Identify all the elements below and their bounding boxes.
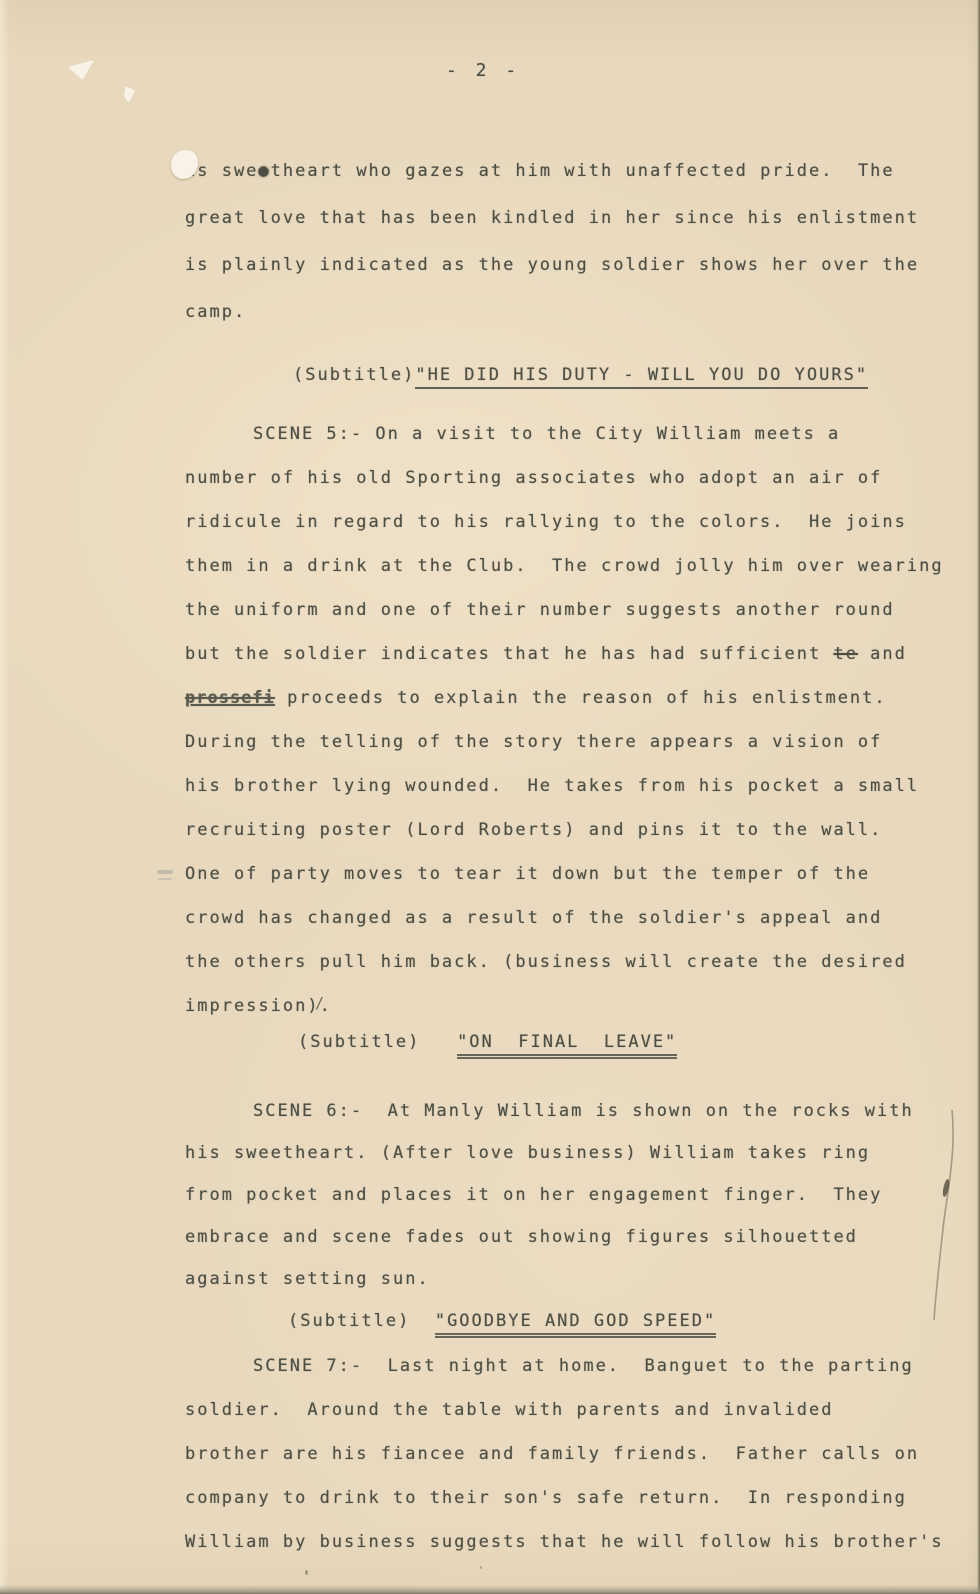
text-segment-xu: prossefi bbox=[185, 688, 275, 708]
text-segment-u: "HE DID HIS DUTY - WILL YOU DO YOURS" bbox=[415, 365, 868, 389]
text-line: his sweetheart. (After love business) Wi… bbox=[185, 1132, 965, 1174]
text-segment: William by business suggests that he wil… bbox=[185, 1532, 944, 1552]
text-segment: impression). bbox=[185, 996, 332, 1016]
text-line: against setting sun. bbox=[185, 1258, 965, 1300]
text-line: is plainly indicated as the young soldie… bbox=[185, 242, 965, 289]
subtitle-goodbye: (Subtitle) "GOODBYE AND GOD SPEED" bbox=[288, 1300, 965, 1342]
scene-7: SCENE 7:- Last night at home. Banguet to… bbox=[185, 1344, 965, 1564]
para-continuation: is swe●theart who gazes at him with unaf… bbox=[185, 148, 965, 336]
subtitle-duty: (Subtitle)"HE DID HIS DUTY - WILL YOU DO… bbox=[293, 352, 965, 399]
text-segment: great love that has been kindled in her … bbox=[185, 208, 919, 228]
text-line: them in a drink at the Club. The crowd j… bbox=[185, 544, 965, 588]
margin-smudge bbox=[157, 870, 173, 874]
text-line: (Subtitle) "ON FINAL LEAVE" bbox=[298, 1020, 965, 1064]
text-line: camp. bbox=[185, 289, 965, 336]
text-segment: soldier. Around the table with parents a… bbox=[185, 1400, 833, 1420]
text-segment: the uniform and one of their number sugg… bbox=[185, 600, 895, 620]
text-line: the others pull him back. (business will… bbox=[185, 940, 965, 984]
text-line: crowd has changed as a result of the sol… bbox=[185, 896, 965, 940]
text-line: his brother lying wounded. He takes from… bbox=[185, 764, 965, 808]
text-segment: During the telling of the story there ap… bbox=[185, 732, 882, 752]
text-segment: SCENE 7:- Last night at home. Banguet to… bbox=[253, 1356, 914, 1376]
text-segment: company to drink to their son's safe ret… bbox=[185, 1488, 907, 1508]
text-segment: SCENE 5:- On a visit to the City William… bbox=[253, 424, 840, 444]
text-line: soldier. Around the table with parents a… bbox=[185, 1388, 965, 1432]
text-segment: recruiting poster (Lord Roberts) and pin… bbox=[185, 820, 882, 840]
scene-6: SCENE 6:- At Manly William is shown on t… bbox=[185, 1090, 965, 1300]
text-segment: One of party moves to tear it down but t… bbox=[185, 864, 870, 884]
text-line: (Subtitle)"HE DID HIS DUTY - WILL YOU DO… bbox=[293, 352, 965, 399]
text-segment: them in a drink at the Club. The crowd j… bbox=[185, 556, 944, 576]
page-number: - 2 - bbox=[446, 60, 520, 81]
text-segment: brother are his fiancee and family frien… bbox=[185, 1444, 919, 1464]
text-segment: and bbox=[858, 644, 907, 664]
text-line: prossefi proceeds to explain the reason … bbox=[185, 676, 965, 720]
text-line: company to drink to their son's safe ret… bbox=[185, 1476, 965, 1520]
text-segment-blot: ● bbox=[258, 161, 270, 181]
text-segment: against setting sun. bbox=[185, 1269, 430, 1289]
document-body: is swe●theart who gazes at him with unaf… bbox=[185, 148, 965, 1564]
text-segment: the others pull him back. (business will… bbox=[185, 952, 907, 972]
text-segment: but the soldier indicates that he has ha… bbox=[185, 644, 833, 664]
text-segment: embrace and scene fades out showing figu… bbox=[185, 1227, 858, 1247]
text-line: William by business suggests that he wil… bbox=[185, 1520, 965, 1564]
text-segment: crowd has changed as a result of the sol… bbox=[185, 908, 882, 928]
paper-tear-top-left bbox=[68, 60, 94, 80]
text-line: is swe●theart who gazes at him with unaf… bbox=[185, 148, 965, 195]
text-line: ridicule in regard to his rallying to th… bbox=[185, 500, 965, 544]
text-line: from pocket and places it on her engagem… bbox=[185, 1174, 965, 1216]
script-page: - 2 - is swe●theart who gazes at him wit… bbox=[0, 0, 980, 1594]
ink-speck bbox=[305, 1570, 308, 1575]
text-segment: his brother lying wounded. He takes from… bbox=[185, 776, 919, 796]
text-segment: his sweetheart. (After love business) Wi… bbox=[185, 1143, 870, 1163]
paper-tear-small bbox=[124, 86, 135, 103]
text-segment: proceeds to explain the reason of his en… bbox=[275, 688, 887, 708]
scene-5: SCENE 5:- On a visit to the City William… bbox=[185, 412, 965, 1028]
text-segment: (Subtitle) bbox=[293, 365, 415, 385]
stray-pen-tick: / bbox=[315, 994, 324, 1012]
text-line: One of party moves to tear it down but t… bbox=[185, 852, 965, 896]
text-line: the uniform and one of their number sugg… bbox=[185, 588, 965, 632]
text-line: embrace and scene fades out showing figu… bbox=[185, 1216, 965, 1258]
text-segment: (Subtitle) bbox=[298, 1032, 457, 1052]
text-line: brother are his fiancee and family frien… bbox=[185, 1432, 965, 1476]
text-line: but the soldier indicates that he has ha… bbox=[185, 632, 965, 676]
text-line: recruiting poster (Lord Roberts) and pin… bbox=[185, 808, 965, 852]
text-segment: number of his old Sporting associates wh… bbox=[185, 468, 882, 488]
text-line: SCENE 7:- Last night at home. Banguet to… bbox=[185, 1344, 965, 1388]
text-segment: (Subtitle) bbox=[288, 1311, 435, 1331]
text-segment-uu: "GOODBYE AND GOD SPEED" bbox=[435, 1311, 716, 1338]
text-segment: camp. bbox=[185, 302, 246, 322]
text-segment-x: te bbox=[833, 644, 857, 664]
text-segment: SCENE 6:- At Manly William is shown on t… bbox=[253, 1101, 914, 1121]
text-segment: theart who gazes at him with unaffected … bbox=[271, 161, 895, 181]
text-segment: from pocket and places it on her engagem… bbox=[185, 1185, 882, 1205]
ink-speck bbox=[480, 1566, 482, 1569]
scan-edge-bottom bbox=[0, 1585, 980, 1594]
text-line: During the telling of the story there ap… bbox=[185, 720, 965, 764]
text-line: great love that has been kindled in her … bbox=[185, 195, 965, 242]
text-line: (Subtitle) "GOODBYE AND GOD SPEED" bbox=[288, 1300, 965, 1342]
text-line: SCENE 5:- On a visit to the City William… bbox=[185, 412, 965, 456]
text-segment: ridicule in regard to his rallying to th… bbox=[185, 512, 907, 532]
subtitle-final-leave: (Subtitle) "ON FINAL LEAVE" bbox=[298, 1020, 965, 1064]
text-segment: is plainly indicated as the young soldie… bbox=[185, 255, 919, 275]
text-line: SCENE 6:- At Manly William is shown on t… bbox=[185, 1090, 965, 1132]
text-segment-uu: "ON FINAL LEAVE" bbox=[457, 1032, 677, 1059]
text-line: number of his old Sporting associates wh… bbox=[185, 456, 965, 500]
